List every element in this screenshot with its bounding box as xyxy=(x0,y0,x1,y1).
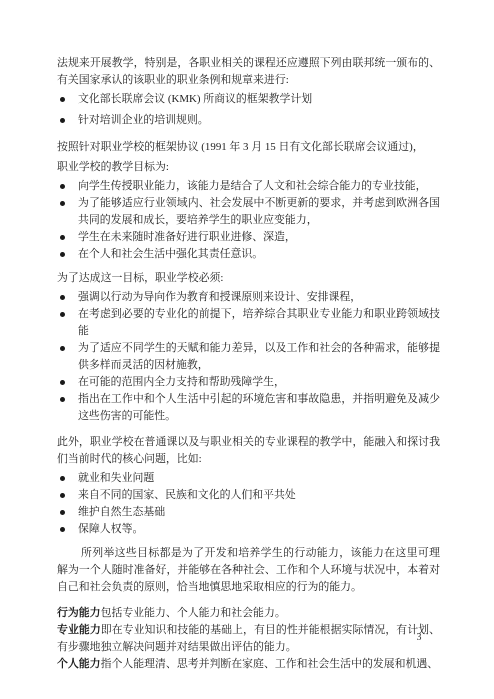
intro-paragraph: 法规来开展教学，特别是，各职业相关的课程还应遵照下列由联邦统一颁布的、有关国家承… xyxy=(57,55,440,89)
bullet-item: 在可能的范围内全力支持和帮助残障学生， xyxy=(57,374,440,391)
bullet-item: 为了适应不同学生的天赋和能力差异，以及工作和社会的各种需求，能够提供多样而灵活的… xyxy=(57,340,440,374)
bullet-gutter xyxy=(57,504,78,521)
bullet-icon xyxy=(60,397,65,402)
bullet-icon xyxy=(60,346,65,351)
personal-competence-definition: 个人能力指个人能理清、思考并判断在家庭、工作和社会生活中的发展和机遇、 xyxy=(57,656,440,673)
bullet-gutter xyxy=(57,521,78,538)
bullet-gutter xyxy=(57,289,78,306)
bullet-icon xyxy=(60,380,65,385)
bullet-item: 针对培训企业的培训规则。 xyxy=(57,112,440,129)
bullet-item: 来自不同的国家、民族和文化的人们和平共处 xyxy=(57,487,440,504)
behavior-competence-definition: 行为能力包括专业能力、个人能力和社会能力。 xyxy=(57,605,440,622)
bullet-icon xyxy=(60,527,65,532)
bullet-item: 就业和失业问题 xyxy=(57,470,440,487)
bullet-text: 强调以行动为导向作为教育和授课原则来设计、安排课程， xyxy=(78,289,440,306)
bullet-gutter xyxy=(57,487,78,504)
bullet-icon xyxy=(60,312,65,317)
bullet-gutter xyxy=(57,112,78,129)
teaching-goals-list: 向学生传授职业能力，该能力是结合了人文和社会综合能力的专业技能，为了能够适应行业… xyxy=(57,178,440,263)
school-must-list: 强调以行动为导向作为教育和授课原则来设计、安排课程，在考虑到必要的专业化的前提下… xyxy=(57,289,440,425)
term-label: 专业能力 xyxy=(57,624,101,636)
term-label: 行为能力 xyxy=(57,607,101,619)
bullet-item: 在考虑到必要的专业化的前提下，培养综合其职业专业能力和职业跨领域技能 xyxy=(57,306,440,340)
bullet-text: 向学生传授职业能力，该能力是结合了人文和社会综合能力的专业技能， xyxy=(78,178,440,195)
bullet-gutter xyxy=(57,391,78,425)
bullet-icon xyxy=(60,118,65,123)
bullet-text: 维护自然生态基础 xyxy=(78,504,440,521)
document-body: 法规来开展教学，特别是，各职业相关的课程还应遵照下列由联邦统一颁布的、有关国家承… xyxy=(57,55,440,673)
bullet-text: 就业和失业问题 xyxy=(78,470,440,487)
bullet-gutter xyxy=(57,229,78,246)
bullet-text: 来自不同的国家、民族和文化的人们和平共处 xyxy=(78,487,440,504)
bullet-gutter xyxy=(57,91,78,108)
bullet-icon xyxy=(60,201,65,206)
bullet-text: 在考虑到必要的专业化的前提下，培养综合其职业专业能力和职业跨领域技能 xyxy=(78,306,440,340)
bullet-icon xyxy=(60,493,65,498)
bullet-item: 在个人和社会生活中强化其责任意识。 xyxy=(57,246,440,263)
bullet-item: 保障人权等。 xyxy=(57,521,440,538)
bullet-icon xyxy=(60,252,65,257)
bullet-text: 在可能的范围内全力支持和帮助残障学生， xyxy=(78,374,440,391)
bullet-item: 向学生传授职业能力，该能力是结合了人文和社会综合能力的专业技能， xyxy=(57,178,440,195)
bullet-gutter xyxy=(57,246,78,263)
bullet-text: 文化部长联席会议 (KMK) 所商议的框架教学计划 xyxy=(78,91,440,108)
bullet-gutter xyxy=(57,374,78,391)
bullet-icon xyxy=(60,510,65,515)
bullet-icon xyxy=(60,184,65,189)
bullet-item: 强调以行动为导向作为教育和授课原则来设计、安排课程， xyxy=(57,289,440,306)
bullet-gutter xyxy=(57,306,78,340)
bullet-icon xyxy=(60,295,65,300)
bullet-item: 为了能够适应行业领域内、社会发展中不断更新的要求，并考虑到欧洲各国共同的发展和成… xyxy=(57,195,440,229)
core-issues-lead: 此外，职业学校在普通课以及与职业相关的专业课程的教学中，能融入和探讨我们当前时代… xyxy=(57,434,440,468)
professional-competence-definition: 专业能力即在专业知识和技能的基础上，有目的性并能根据实际情况，有计划、有步骤地独… xyxy=(57,622,440,656)
bullet-text: 在个人和社会生活中强化其责任意识。 xyxy=(78,246,440,263)
bullet-text: 学生在未来随时准备好进行职业进修、深造， xyxy=(78,229,440,246)
bullet-icon xyxy=(60,476,65,481)
bullet-gutter xyxy=(57,470,78,487)
bullet-text: 保障人权等。 xyxy=(78,521,440,538)
bullet-gutter xyxy=(57,340,78,374)
bullet-text: 针对培训企业的培训规则。 xyxy=(78,112,440,129)
teaching-goals-lead: 职业学校的教学目标为: xyxy=(57,159,440,176)
bullet-text: 为了能够适应行业领域内、社会发展中不断更新的要求，并考虑到欧洲各国共同的发展和成… xyxy=(78,195,440,229)
bullet-text: 指出在工作中和个人生活中引起的环境危害和事故隐患，并指明避免及减少这些伤害的可能… xyxy=(78,391,440,425)
bullet-item: 指出在工作中和个人生活中引起的环境危害和事故隐患，并指明避免及减少这些伤害的可能… xyxy=(57,391,440,425)
bullet-gutter xyxy=(57,178,78,195)
bullet-item: 学生在未来随时准备好进行职业进修、深造， xyxy=(57,229,440,246)
bullet-icon xyxy=(60,97,65,102)
school-must-lead: 为了达成这一目标，职业学校必须: xyxy=(57,270,440,287)
bullet-gutter xyxy=(57,195,78,229)
bullet-icon xyxy=(60,235,65,240)
action-competence-paragraph: 所列举这些目标都是为了开发和培养学生的行动能力，该能力在这里可理解为一个人随时准… xyxy=(57,545,440,596)
bullet-text: 为了适应不同学生的天赋和能力差异，以及工作和社会的各种需求，能够提供多样而灵活的… xyxy=(78,340,440,374)
bullet-item: 文化部长联席会议 (KMK) 所商议的框架教学计划 xyxy=(57,91,440,108)
bullet-item: 维护自然生态基础 xyxy=(57,504,440,521)
core-issues-list: 就业和失业问题来自不同的国家、民族和文化的人们和平共处维护自然生态基础保障人权等… xyxy=(57,470,440,538)
framework-agreement-paragraph: 按照针对职业学校的框架协议 (1991 年 3 月 15 日有文化部长联席会议通… xyxy=(57,139,440,156)
term-label: 个人能力 xyxy=(57,658,101,670)
regulation-list: 文化部长联席会议 (KMK) 所商议的框架教学计划针对培训企业的培训规则。 xyxy=(57,91,440,129)
page-number: 3 xyxy=(413,632,425,643)
